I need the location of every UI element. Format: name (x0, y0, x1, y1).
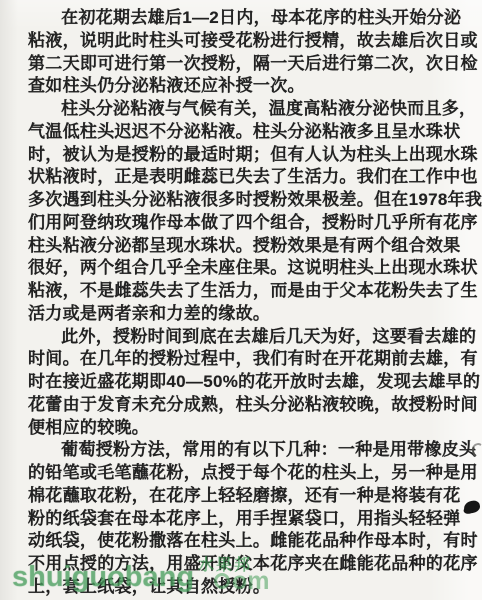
text-line: 状粘液时，正是表明雌蕊已失去了生活力。我们在工作中也 (28, 166, 436, 189)
text-line: 们用阿登纳玫瑰作母本做了四个组合，授粉时几乎所有花序 (28, 212, 436, 235)
text-line: 时，被认为是授粉的最适时期；但有人认为柱头上出现水珠 (28, 144, 436, 167)
text-line: 葡萄授粉方法，常用的有以下几种：一种是用带橡皮头 (28, 439, 436, 462)
text-line: 便相应的较晚。 (28, 417, 436, 440)
text-line: 查如柱头仍分泌粘液还应补授一次。 (28, 75, 436, 98)
text-line: 活力或是两者亲和力差的缘故。 (28, 303, 436, 326)
text-line: 花蕾由于发育未充分成熟，柱头分泌粘液较晚，故授粉时间 (28, 394, 436, 417)
text-line: 粉的纸袋套在母本花序上，用手捏紧袋口，用指头轻轻弹 (28, 508, 436, 531)
text-line: 第二天即可进行第一次授粉，隔一天后进行第二次，次日检 (28, 53, 436, 76)
text-line: 动纸袋，使花粉撒落在柱头上。雌能花品种作母本时，有时 (28, 530, 436, 553)
text-line: 多次遇到柱头分泌粘液很多时授粉效果极差。但在1978年我 (28, 189, 436, 212)
text-line: 不用点授的方法，用盛开的父本花序夹在雌能花品种的花序 (28, 553, 436, 576)
scanned-page: 在初花期去雄后1—2日内，母本花序的柱头开始分泌粘液，说明此时柱头可接受花粉进行… (0, 0, 482, 600)
text-line: 的铅笔或毛笔蘸花粉，点授于每个花的柱头上，另一种是用 (28, 462, 436, 485)
text-line: 在初花期去雄后1—2日内，母本花序的柱头开始分泌 (28, 7, 436, 30)
text-line: 粘液，不是雌蕊失去了生活力，而是由于父本花粉失去了生 (28, 280, 436, 303)
text-line: 气温低柱头迟迟不分泌粘液。柱头分泌粘液多且呈水珠状 (28, 121, 436, 144)
text-line: 粘液，说明此时柱头可接受花粉进行授精，故去雄后次日或 (28, 30, 436, 53)
text-line: 很好，两个组合几乎全未座住果。这说明柱头上出现水珠状 (28, 257, 436, 280)
text-line: 此外，授粉时间到底在去雄后几天为好，这要看去雄的 (28, 326, 436, 349)
text-line: 棉花蘸取花粉，在花序上轻轻磨擦，还有一种是将装有花 (28, 485, 436, 508)
document-body: 在初花期去雄后1—2日内，母本花序的柱头开始分泌粘液，说明此时柱头可接受花粉进行… (28, 7, 436, 599)
text-line: 上，套上纸袋，让其自然授粉。 (28, 576, 436, 599)
ink-blob-artifact (463, 499, 481, 514)
text-line: 柱头分泌粘液与气候有关，温度高粘液分泌快而且多， (28, 98, 436, 121)
text-line: 柱头粘液分泌都呈现水珠状。授粉效果是有两个组合效果 (28, 235, 436, 258)
text-line: 时间。在几年的授粉过程中，我们有时在开花期前去雄，有 (28, 348, 436, 371)
text-line: 时在接近盛花期即40—50%的花开放时去雄，发现去雄早的 (28, 371, 436, 394)
